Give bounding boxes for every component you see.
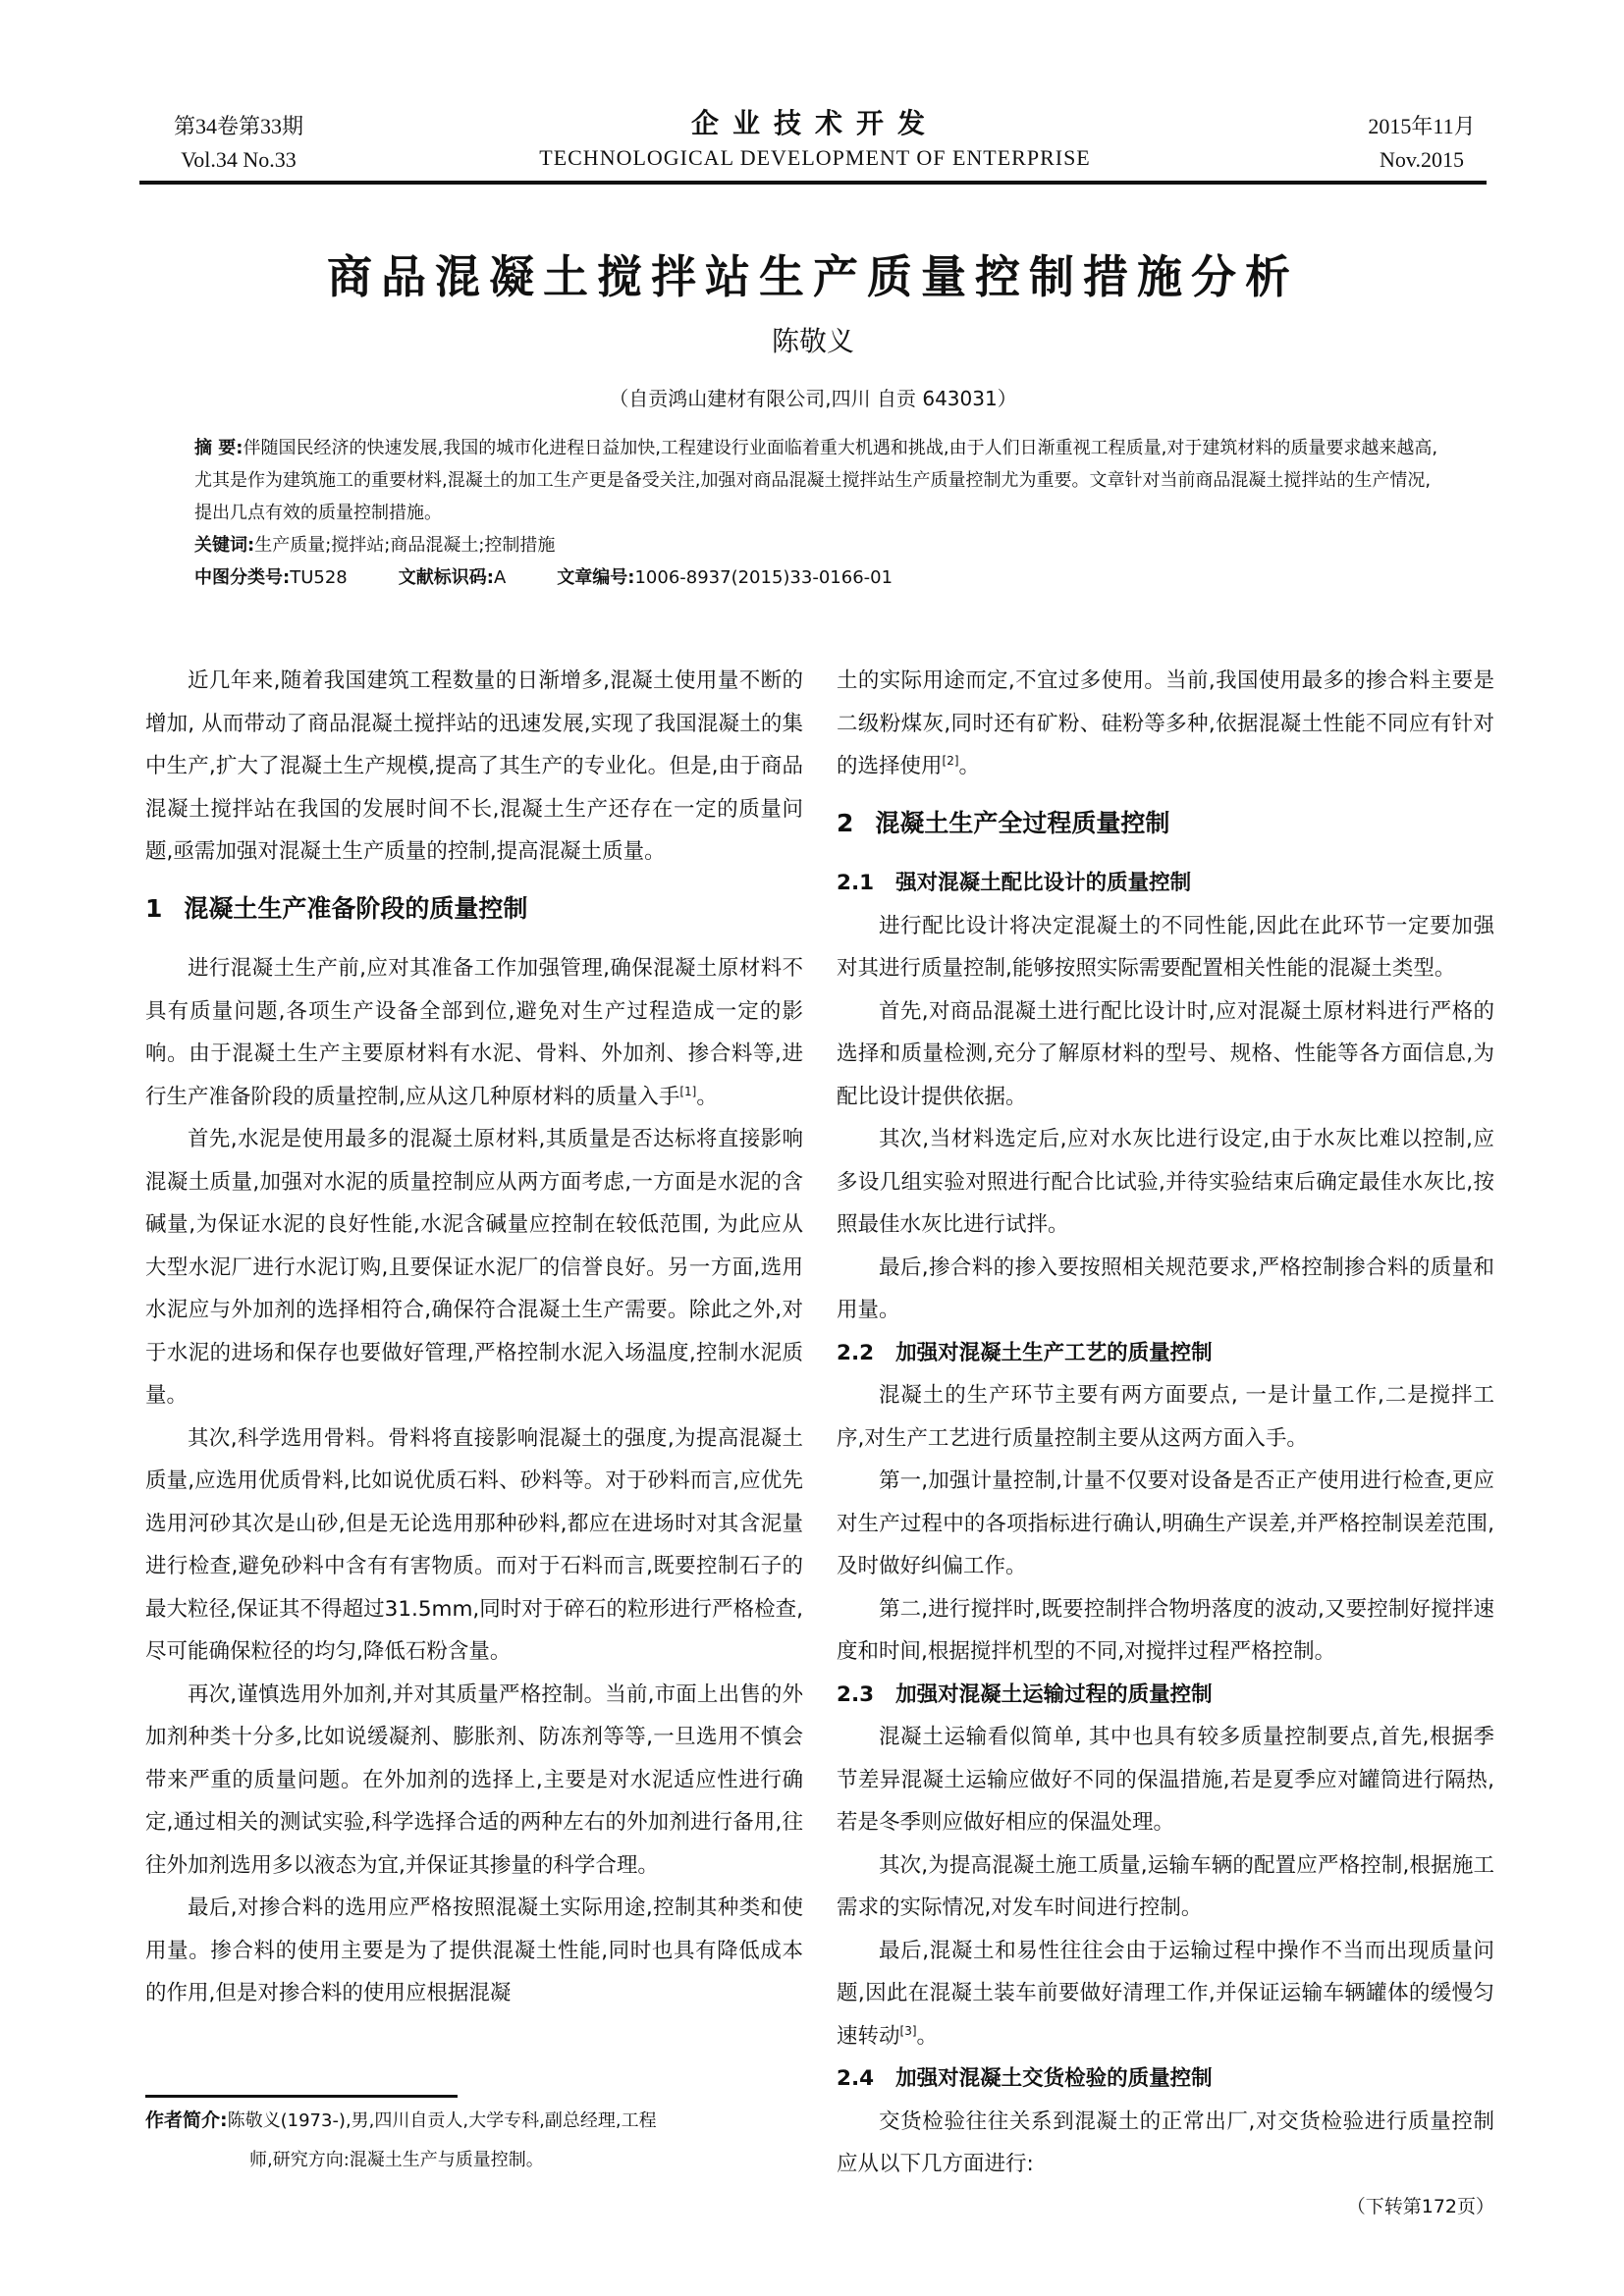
clc-value: TU528 (290, 567, 348, 588)
article-number-label: 文章编号: (557, 567, 634, 588)
intro-paragraph: 近几年来,随着我国建筑工程数量的日渐增多,混凝土使用量不断的增加, 从而带动了商… (145, 660, 803, 874)
journal-name-en: TECHNOLOGICAL DEVELOPMENT OF ENTERPRISE (412, 141, 1218, 175)
subsection-number: 2.3 (837, 1674, 874, 1717)
left-column: 近几年来,随着我国建筑工程数量的日渐增多,混凝土使用量不断的增加, 从而带动了商… (145, 660, 803, 2015)
section-title: 混凝土生产全过程质量控制 (875, 809, 1169, 837)
subsection-number: 2.4 (837, 2057, 874, 2101)
paragraph: 混凝土运输看似简单, 其中也具有较多质量控制要点,首先,根据季节差异混凝土运输应… (837, 1716, 1494, 1844)
right-column: 土的实际用途而定,不宜过多使用。当前,我国使用最多的掺合料主要是二级粉煤灰,同时… (837, 660, 1494, 2228)
article-author: 陈敬义 (139, 320, 1487, 359)
volume-cn: 第34卷第33期 (145, 110, 332, 143)
subsection-number: 2.2 (837, 1332, 874, 1375)
classification-row: 中图分类号:TU528 文献标识码:A 文章编号:1006-8937(2015)… (194, 561, 1443, 594)
paragraph: 第一,加强计量控制,计量不仅要对设备是否正产使用进行检查,更应对生产过程中的各项… (837, 1460, 1494, 1588)
subsection-2-2-heading: 2.2加强对混凝土生产工艺的质量控制 (837, 1332, 1494, 1375)
subsection-title: 加强对混凝土生产工艺的质量控制 (895, 1341, 1213, 1365)
footnote-line: 师,研究方向:混凝土生产与质量控制。 (145, 2141, 803, 2180)
clc-label: 中图分类号: (194, 567, 290, 588)
paragraph-text: 土的实际用途而定,不宜过多使用。当前,我国使用最多的掺合料主要是二级粉煤灰,同时… (837, 668, 1494, 778)
publication-date: 2015年11月 Nov.2015 (1343, 110, 1500, 177)
clc-code: 中图分类号:TU528 (194, 561, 348, 594)
author-affiliation: （自贡鸿山建材有限公司,四川 自贡 643031） (139, 383, 1487, 411)
paragraph: 最后,混凝土和易性往往会由于运输过程中操作不当而出现质量问题,因此在混凝土装车前… (837, 1930, 1494, 2058)
paragraph: 其次,科学选用骨料。骨料将直接影响混凝土的强度,为提高混凝土质量,应选用优质骨料… (145, 1417, 803, 1674)
paragraph: 第二,进行搅拌时,既要控制拌合物坍落度的波动,又要控制好搅拌速度和时间,根据搅拌… (837, 1588, 1494, 1674)
subsection-2-1-heading: 2.1强对混凝土配比设计的质量控制 (837, 862, 1494, 905)
date-en: Nov.2015 (1343, 143, 1500, 177)
section-number: 1 (145, 887, 162, 931)
subsection-title: 加强对混凝土交货检验的质量控制 (895, 2066, 1213, 2091)
punctuation: 。 (917, 2024, 939, 2049)
document-code-label: 文献标识码: (399, 567, 494, 588)
abstract-label: 摘 要: (194, 438, 243, 458)
paragraph: 混凝土的生产环节主要有两方面要点, 一是计量工作,二是搅拌工序,对生产工艺进行质… (837, 1374, 1494, 1460)
citation: [1] (679, 1084, 696, 1097)
footnote-line: 作者简介:陈敬义(1973-),男,四川自贡人,大学专科,副总经理,工程 (145, 2101, 803, 2141)
subsection-title: 强对混凝土配比设计的质量控制 (895, 871, 1191, 895)
paragraph: 其次,为提高混凝土施工质量,运输车辆的配置应严格控制,根据施工需求的实际情况,对… (837, 1844, 1494, 1930)
journal-name-cn: 企业技术开发 (412, 106, 1218, 141)
keywords-text: 生产质量;搅拌站;商品混凝土;控制措施 (254, 535, 555, 556)
abstract-block: 摘 要:伴随国民经济的快速发展,我国的城市化进程日益加快,工程建设行业面临着重大… (194, 432, 1443, 594)
paragraph: 最后,掺合料的掺入要按照相关规范要求,严格控制掺合料的质量和用量。 (837, 1247, 1494, 1332)
subsection-2-4-heading: 2.4加强对混凝土交货检验的质量控制 (837, 2057, 1494, 2101)
section-1-heading: 1混凝土生产准备阶段的质量控制 (145, 887, 803, 931)
date-cn: 2015年11月 (1343, 110, 1500, 143)
keywords-label: 关键词: (194, 535, 254, 556)
continued-row: （下转第172页） (837, 2186, 1494, 2229)
footnote-text: 陈敬义(1973-),男,四川自贡人,大学专科,副总经理,工程 (228, 2110, 657, 2131)
paragraph: 进行配比设计将决定混凝土的不同性能,因此在此环节一定要加强对其进行质量控制,能够… (837, 905, 1494, 990)
footnote-label: 作者简介: (145, 2109, 228, 2131)
paragraph: 进行混凝土生产前,应对其准备工作加强管理,确保混凝土原材料不具有质量问题,各项生… (145, 947, 803, 1118)
section-title: 混凝土生产准备阶段的质量控制 (184, 894, 527, 923)
volume-issue: 第34卷第33期 Vol.34 No.33 (145, 110, 332, 177)
article-title: 商品混凝土搅拌站生产质量控制措施分析 (139, 241, 1487, 306)
paragraph: 首先,水泥是使用最多的混凝土原材料,其质量是否达标将直接影响混凝土质量,加强对水… (145, 1118, 803, 1417)
article-number: 文章编号:1006-8937(2015)33-0166-01 (557, 561, 893, 594)
paragraph: 首先,对商品混凝土进行配比设计时,应对混凝土原材料进行严格的选择和质量检测,充分… (837, 990, 1494, 1119)
citation: [2] (943, 754, 959, 768)
journal-name: 企业技术开发 TECHNOLOGICAL DEVELOPMENT OF ENTE… (412, 106, 1218, 175)
document-code: 文献标识码:A (399, 561, 507, 594)
document-code-value: A (494, 567, 506, 588)
author-bio-footnote: 作者简介:陈敬义(1973-),男,四川自贡人,大学专科,副总经理,工程 师,研… (145, 2101, 803, 2180)
subsection-2-3-heading: 2.3加强对混凝土运输过程的质量控制 (837, 1674, 1494, 1717)
keywords: 关键词:生产质量;搅拌站;商品混凝土;控制措施 (194, 529, 1443, 561)
paragraph: 再次,谨慎选用外加剂,并对其质量严格控制。当前,市面上出售的外加剂种类十分多,比… (145, 1674, 803, 1888)
subsection-number: 2.1 (837, 862, 874, 905)
paragraph: 交货检验往往关系到混凝土的正常出厂,对交货检验进行质量控制应从以下几方面进行: (837, 2101, 1494, 2186)
continued-on-page-note: （下转第172页） (1347, 2186, 1494, 2229)
paragraph-continued: 土的实际用途而定,不宜过多使用。当前,我国使用最多的掺合料主要是二级粉煤灰,同时… (837, 660, 1494, 788)
subsection-title: 加强对混凝土运输过程的质量控制 (895, 1682, 1213, 1707)
abstract: 摘 要:伴随国民经济的快速发展,我国的城市化进程日益加快,工程建设行业面临着重大… (194, 432, 1443, 529)
punctuation: 。 (959, 754, 981, 778)
paragraph: 其次,当材料选定后,应对水灰比进行设定,由于水灰比难以控制,应多设几组实验对照进… (837, 1118, 1494, 1247)
paragraph: 最后,对掺合料的选用应严格按照混凝土实际用途,控制其种类和使用量。掺合料的使用主… (145, 1887, 803, 2015)
header-divider (139, 181, 1487, 185)
section-2-heading: 2混凝土生产全过程质量控制 (837, 802, 1494, 845)
footnote-divider (145, 2095, 458, 2098)
volume-en: Vol.34 No.33 (145, 143, 332, 177)
abstract-text: 伴随国民经济的快速发展,我国的城市化进程日益加快,工程建设行业面临着重大机遇和挑… (194, 438, 1437, 523)
citation: [3] (900, 2023, 917, 2037)
article-number-value: 1006-8937(2015)33-0166-01 (634, 567, 893, 588)
section-number: 2 (837, 802, 853, 845)
punctuation: 。 (696, 1085, 718, 1109)
